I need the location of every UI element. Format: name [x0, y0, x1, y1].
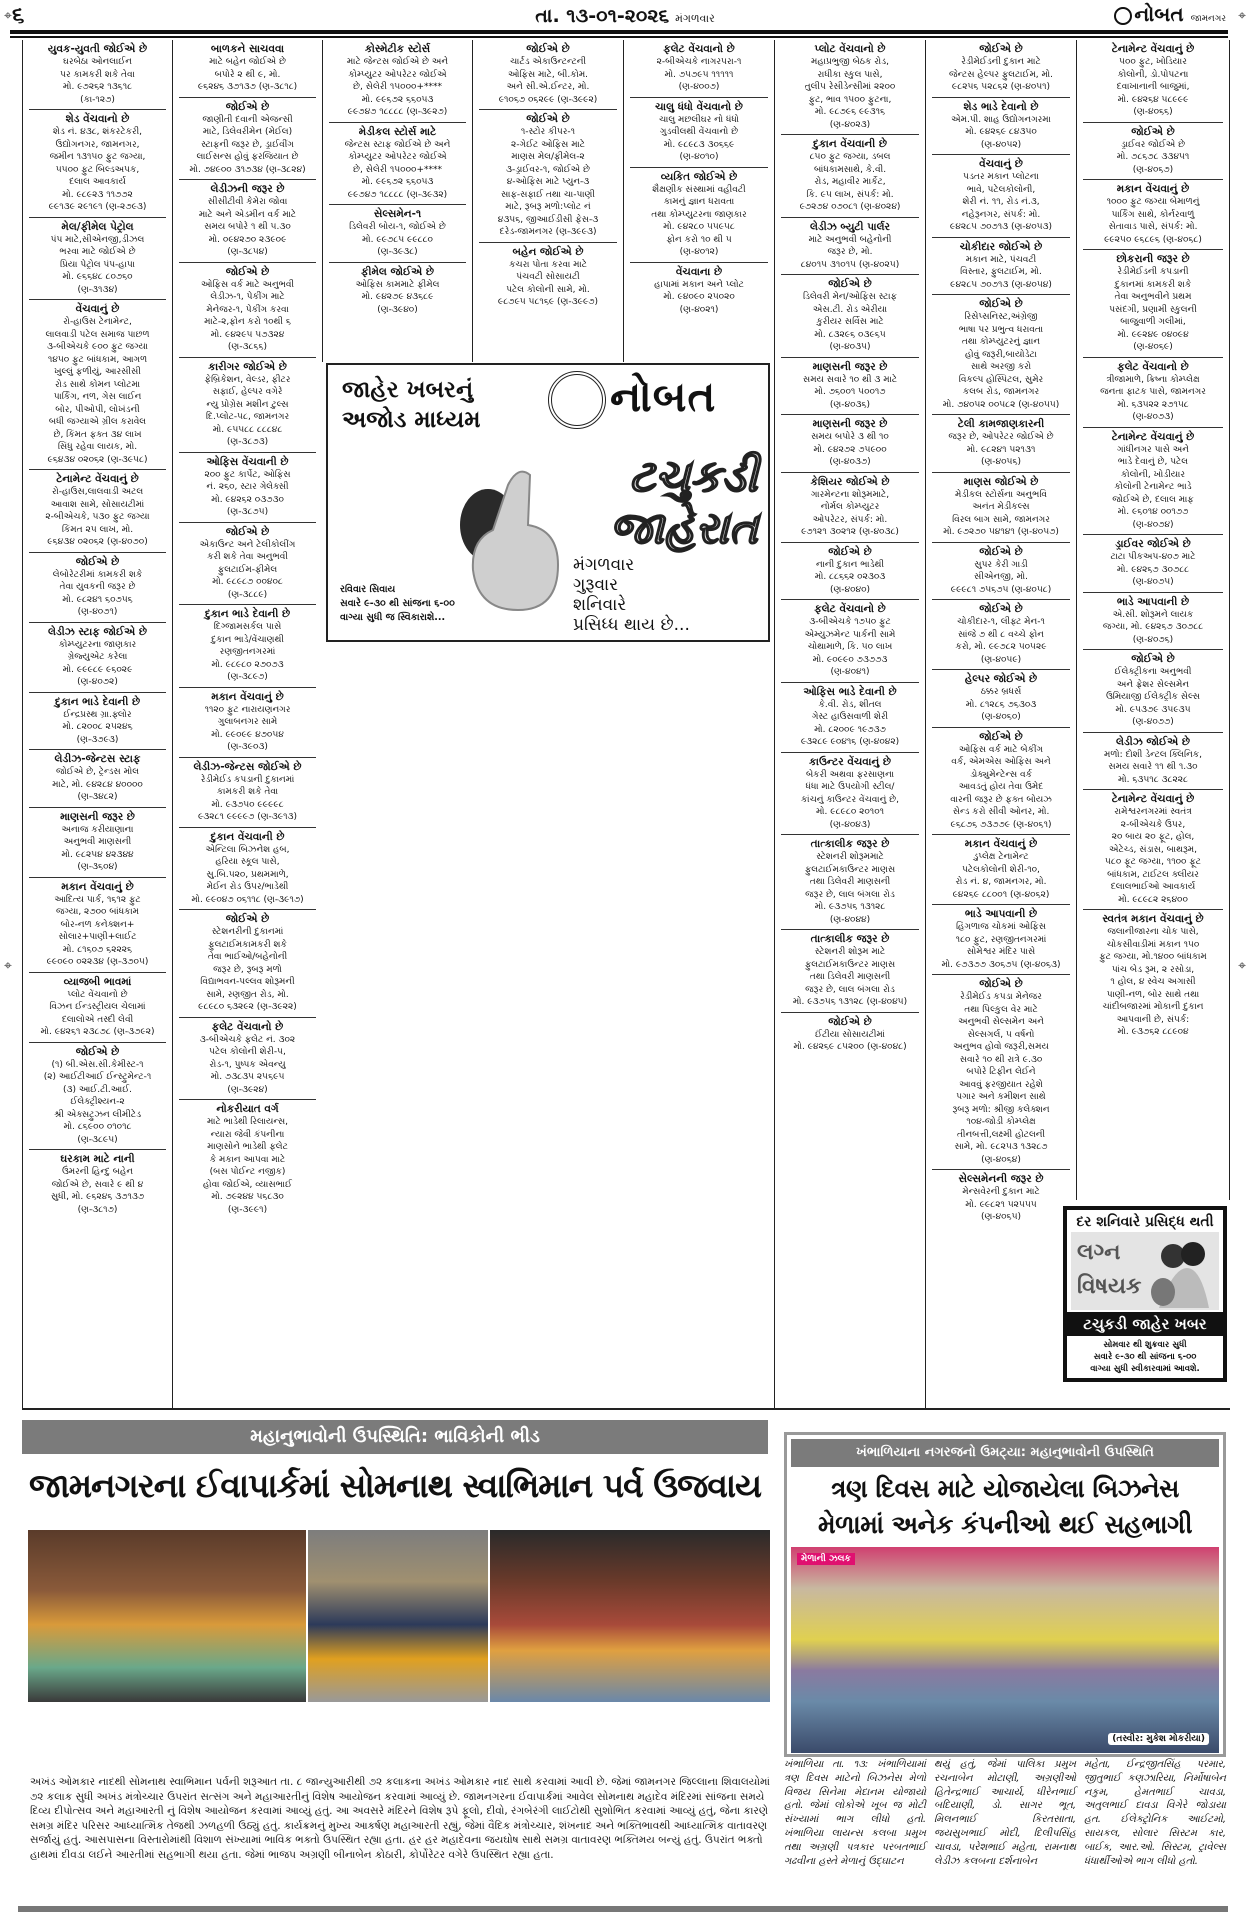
photo-shivling-decorated [308, 1530, 488, 1702]
classified-ad-heading: લેડીઝ-જેન્ટસ સ્ટાફ [29, 752, 166, 766]
registration-mark-icon: ⌖ [1238, 8, 1246, 24]
issue-date: તા. ૧૩-૦૧-૨૦૨૬મંગળવાર [0, 5, 1250, 27]
story-body-columns: ખંભાળિયા તા. ૧૩: ખંભાળિયામાં ત્રણ દિવસ મ… [784, 1758, 1226, 1868]
classified-ad: મકાન વેંચવાનું છેઆદિત્ય પાર્ક, ૧૬૧૨ ફુટ … [29, 878, 166, 973]
classified-ad: ઘરકામ માટે નાનીઉંમરની હિન્દુ બહેન જોઈએ છ… [29, 1150, 166, 1219]
classified-ad: પ્લોટ વેંચવાનો છેમહાપ્રભુજી બેઠક રોડ, રા… [781, 40, 919, 135]
classified-ad-body: રેડીમેઈડ કપડાની દુકાનમાં કામકરી શકે તેવા… [179, 774, 316, 824]
classified-ad-heading: ભાડે આપવાની છે [932, 907, 1070, 921]
classified-ad-body: સુપર કેરી ગાડી સીએનજી, મો. ૯૯૯૮૧ ૭૫૬૭૫ (… [932, 559, 1070, 597]
classified-ad-body: ત્રીજામાળે, ક્રિષ્ના કોમ્પ્લેક્ષ જનતા ફા… [1083, 374, 1223, 424]
classified-ad-body: કચરા પોતા કરવા માટે પંચવટી સોસાયટી પટેલ … [479, 259, 617, 309]
classified-ad: જોઈએ છેઈલેક્ટ્રીકના અનુભવી અને ફ્રેશર સે… [1083, 650, 1223, 733]
matrimonial-box-art: લગ્ન વિષયક [1071, 1232, 1219, 1310]
photo-tag: મેળાની ઝલક [797, 1553, 855, 1565]
classified-ad-body: હાપામાં મકાન અને પ્લોટ મો. ૯૪૦૯૦ ૨૫૦૨૦ (… [630, 279, 768, 317]
classified-ad-body: મકાન માટે, પંચવટી વિસ્તાર, ફુલટાઈમ, મો. … [932, 254, 1070, 292]
classified-ad-body: ડુપ્લેક્ષ ટેનામેન્ટ પટેલકોલોની શેરી-૧૦, … [932, 851, 1070, 901]
classified-ad-body: જેન્ટસ સ્ટાફ જોઈએ છે અને કોમ્પ્યુટર ઓપરે… [329, 139, 466, 202]
classified-ad-heading: ટેનામેન્ટ વેંચવાનું છે [1083, 42, 1223, 56]
classified-ad-heading: જોઈએ છે [781, 277, 919, 291]
classified-ad-heading: જોઈએ છે [1083, 652, 1223, 666]
classified-ad-heading: સેલ્સમેન-૧ [329, 207, 466, 221]
classified-ad-body: આદિત્ય પાર્ક, ૧૬૧૨ ફુટ જગ્યા, ૨૭૦૦ બાંધક… [29, 894, 166, 969]
classified-ad: જોઈએ છેરેડીમેઈડની દુકાન માટે જેન્ટસ હેલ્… [932, 40, 1070, 98]
classified-ad-body: અનાજ કરીયાણાના અનુભવી માણસની મો. ૯૮૨૫૪ ૪… [29, 824, 166, 874]
classified-ad-heading: ફલેટ વેંચવાનો છે [1083, 360, 1223, 374]
classified-ad: જોઈએ છેએકાઉન્ટ અને ટેલીકોલીંગ કરી શકે તે… [179, 523, 316, 606]
classified-ad-heading: જોઈએ છે [479, 112, 617, 126]
classified-ad-body: એમ.પી. શાહ ઉદ્યોગનગરમા મો. ૯૪૨૬૯ ૮૪૩૫૦ (… [932, 114, 1070, 152]
classified-ad: વ્યકિત જોઈએ છેશૈક્ષણીક સંસ્થામાં વહીવટી … [630, 168, 768, 263]
classified-ad-body: મળો: દોશી ડેન્ટલ ક્લિનિક, સમય સવારે ૧૧ થ… [1083, 749, 1223, 787]
classified-ad-body: ૧૦૦૦ ફુટ જગ્યા બેમાળનું પાર્કિંગ સાથે, ક… [1083, 196, 1223, 246]
classified-ad-heading: ઓફિસ વેંચવાની છે [179, 455, 316, 469]
classified-ad-body: શૈક્ષણીક સંસ્થામાં વહીવટી કામનું જ્ઞાન ધ… [630, 184, 768, 259]
classified-ad: તાત્કાલીક જરૂર છેસ્ટેશનરી શોરૂમ માટે ફુલ… [781, 930, 919, 1013]
classified-ad: લેડીઝ સ્ટાફ જોઈએ છેકોમ્પ્યુટરના જાણકાર ગ… [29, 623, 166, 693]
classified-ad-body: લેબોરેટરીમાં કામકરી શકે તેવા યુવકની જરૂર… [29, 569, 166, 619]
classified-ad-heading: વેંચવાનું છે [29, 302, 166, 316]
story-body-column: મહેતા, ઈન્દ્રજીતસિંહ પરમાર, જીતુભાઈ કણઝા… [1084, 1758, 1226, 1868]
classified-ad-heading: કાઉન્ટર વેંચવાનું છે [781, 755, 919, 769]
classified-ad: યુવક-યુવતી જોઈએ છેઘરબેઠા ઓનલાઈન પર કામકર… [29, 40, 166, 110]
classified-ad-body: એ.સી. શોરૂમને લાયક જગ્યા, મો. ૯૪૨૬૭ ૩૦૭૮… [1083, 609, 1223, 647]
classified-ad: દુકાન વેંચવાની છેએન્ટિલા બિઝનેશ હબ, હરિય… [179, 828, 316, 911]
classified-ad-heading: તાત્કાલીક જરૂર છે [781, 932, 919, 946]
date-text: તા. ૧૩-૦૧-૨૦૨૬ [535, 5, 669, 27]
classified-ad-heading: જોઈએ છે [479, 42, 617, 56]
classified-ad-heading: દુકાન વેંચવાની છે [179, 830, 316, 844]
classified-ad-body: રિસેપ્સનિસ્ટ,અંગ્રેજી ભાષા પર પ્રભુત્વ ધ… [932, 311, 1070, 411]
classified-ad-heading: જોઈએ છે [179, 912, 316, 926]
classified-ad-body: જરૂર છે, ઓપરેટર જોઈએ છે મો. ૯૮૨૪૧ ૫૨૧૩૧ … [932, 431, 1070, 469]
classified-ad-heading: વ્યાજબી ભાવમાં [29, 975, 166, 989]
classified-ad-body: ગાંધીનગર પાસે અને ભાડે દેવાનું છે, પટેલ … [1083, 444, 1223, 532]
classified-ad-body: કે.વી. રોડ, શીતલ ગેસ્ટ હાઉસવાળી શેરી મો.… [781, 699, 919, 749]
promo-box-classified-ads: જાહેર ખબરનું અજોડ માધ્યમ નોબત ટચુકડી જાહ… [326, 363, 770, 642]
classified-ad-body: રેડીમેઈડની કપડાની દુકાનમાં કામકરી શકે તે… [1083, 266, 1223, 354]
classified-ad: ડ્રાઈવર જોઈએ છેટાટા પીકઅપ-૪૦૭ માટે મો. ૯… [1083, 535, 1223, 593]
classified-column: જોઈએ છેરેડીમેઈડની દુકાન માટે જેન્ટસ હેલ્… [925, 40, 1076, 1408]
classified-ad-body: ઈન્દ્રપ્રસ્થ ગ્રા.ફ્લોર મો. ૮૨૦૦૮ ૨૫૨૪૬ … [29, 709, 166, 747]
classified-ad-heading: કારીગર જોઈએ છે [179, 360, 316, 374]
classified-ad-heading: ટેનામેન્ટ વેંચવાનું છે [29, 472, 166, 486]
classified-ad-body: ૫૦૦ ફુટ, ખોડિયાર કોલોની, ડો.પોપટના દવાખા… [1083, 56, 1223, 119]
classified-ad-heading: માણસની જરૂર છે [29, 810, 166, 824]
classified-ad-heading: ભાડે આપવાની છે [1083, 595, 1223, 609]
classified-ad: તાત્કાલીક જરૂર છેસ્ટેશનરી શોરૂમમાટે ફુલટ… [781, 835, 919, 930]
classified-ad: માણસ જોઈએ છેમેડીકલ સ્ટોર્સના અનુભવિ અનંત… [932, 473, 1070, 543]
classified-ad-body: જાણીતી દવાની એજન્સી માટે, ડિલેવરીમેન (મે… [179, 114, 316, 177]
classified-ad-body: માટે બહેન જોઈએ છે બપોરે ૨ થી ૯, મો. ૯૬૨૪… [179, 56, 316, 94]
classified-ad-heading: ઓફિસ ભાડે દેવાની છે [781, 685, 919, 699]
classified-ad: ફલેટ વેંચવાનો છે૩-બીએચકે ફલેટ નં. ૩૦૨ પટ… [179, 1018, 316, 1101]
classified-ad: જોઈએ છેઓફિસ વર્ક માટે અનુભવી લેડીઝ-૧, પે… [179, 263, 316, 358]
classified-ad: ફલેટ વેંચવાનો છે૨-બીએચકે નાગરપરા-૧ મો. ૭… [630, 40, 768, 98]
classified-column: ટેનામેન્ટ વેંચવાનું છે૫૦૦ ફુટ, ખોડિયાર ક… [1076, 40, 1230, 1200]
classified-ad-heading: માણસ જોઈએ છે [932, 475, 1070, 489]
classified-ad-body: સમય બપોરે ૩ થી ૧૦ મો. ૯૪૨૭૨ ૭૫૯૦૦ (ણ-૪૦૩… [781, 431, 919, 469]
classified-ad-body: સ્ટેશનરીની દુકાનમાં ફુલટાઈમકામકરી શકે તે… [179, 926, 316, 1014]
brand-city: જામનગર [1191, 14, 1226, 24]
classified-column: બાળકને સાચવવામાટે બહેન જોઈએ છે બપોરે ૨ થ… [172, 40, 322, 1408]
classified-ad-heading: મેલ/ફીમેલ પેટ્રોલ [29, 220, 166, 234]
story-photo-strip [28, 1530, 770, 1702]
classified-ad-heading: જોઈએ છે [179, 100, 316, 114]
classified-ad: માણસની જરૂર છેસમય બપોરે ૩ થી ૧૦ મો. ૯૪૨૭… [781, 415, 919, 473]
classified-ad: જોઈએ છે૧-સ્ટોર કીપર-૧ ૨-ગેઈટ ઓફિસ માટે મ… [479, 110, 617, 243]
classified-ad-heading: જોઈએ છે [932, 602, 1070, 616]
classified-ad-heading: શેડ ભાડે દેવાનો છે [932, 100, 1070, 114]
classified-ad-body: ડિલેવરી બોય-૧, જોઈએ છે મો. ૯૯૭૮૫ ૯૯૮૮૦ (… [329, 221, 466, 259]
classified-ad-body: ઓફિસ વર્ક માટે બેકીંગ વર્ક, એમએસ ઓફિસ અન… [932, 744, 1070, 832]
classified-ad: વેંચવાનું છેરો-હાઉસ ટેનામેન્ટ, લાલવાડી પ… [29, 300, 166, 470]
classified-ad: જોઈએ છેજાણીતી દવાની એજન્સી માટે, ડિલેવરી… [179, 98, 316, 181]
classified-ad: સેલ્સમેનની જરૂર છેમેન્સવેરની દુકાન માટે … [932, 1170, 1070, 1227]
classified-ad: માણસની જરૂર છેઅનાજ કરીયાણાના અનુભવી માણસ… [29, 808, 166, 878]
registration-mark-icon: ⌖ [4, 8, 12, 24]
classified-ad-heading: માણસની જરૂર છે [781, 417, 919, 431]
story-headline: જામનગરના ઈવાપાર્કમાં સોમનાથ સ્વાભિમાન પર… [22, 1462, 768, 1510]
matrimonial-box-hours: સોમવાર થી શુક્રવાર સુધી સવારે ૯-૩૦ થી સા… [1067, 1339, 1223, 1375]
classified-ad-heading: જોઈએ છે [932, 977, 1070, 991]
classified-ad: કેશિયર જોઈએ છેગારમેન્ટના શોરૂમમાટે, નોર્… [781, 473, 919, 543]
classified-ad-body: (૧) બી.એસ.સી.કેમીસ્ટ-૧ (૨) આઈટીઆઈ ઈન્સ્ટ… [29, 1059, 166, 1147]
classified-ad-heading: ટેલી કામજાણકારની [932, 417, 1070, 431]
photo-women-aarti [490, 1530, 770, 1702]
news-story-business-fair: ખંભાળિયાના નગરજનો ઉમટ્યા: મહાનુભાવોની ઉપ… [784, 1432, 1226, 1757]
classified-ad-heading: સ્વતંત્ર મકાન વેંચવાનું છે [1083, 912, 1223, 926]
classified-ad-heading: જોઈએ છે [29, 1045, 166, 1059]
classified-ad-body: માટે ભાડેથી રિલાયન્સ, ન્યારા જેવી કંપનીન… [179, 1116, 316, 1216]
promo-title: ટચુકડી જાહેરાત [568, 451, 758, 555]
classified-ad: કારીગર જોઈએ છેફેબ્રિકેશન, વેલ્ડર, ફીટર સ… [179, 358, 316, 453]
classified-ad: છોકરાની જરૂર છેરેડીમેઈડની કપડાની દુકાનમા… [1083, 250, 1223, 358]
classified-ad-heading: વેંચવાનું છે [932, 157, 1070, 171]
matrimonial-ads-box: દર શનિવારે પ્રસિદ્ધ થતી લગ્ન વિષયક ટચુકડ… [1063, 1206, 1227, 1382]
classified-ad-body: જોઈએ છે, ટ્રેન્ડસ મોલ માટે, મો. ૯૪૨૮૪ ૪૦… [29, 766, 166, 804]
classified-ad-body: ઘરબેઠા ઓનલાઈન પર કામકરી શકે તેવા મો. ૯૭૨… [29, 56, 166, 106]
classified-ad-heading: જોઈએ છે [179, 265, 316, 279]
brand-logo: નોબત જામનગર [1114, 2, 1226, 26]
classified-ad-heading: ચાલુ ધંધો વેંચવાનો છે [630, 100, 768, 114]
registration-mark-icon: ⌖ [1238, 958, 1246, 974]
classified-ad-body: માટે જેન્ટસ જોઈએ છે અને કોમ્પ્યુટર ઓપરેટ… [329, 56, 466, 119]
classified-ad-body: ઓફિસ કામમાટે ફીમેલ મો. ૯૪૨૭૯ ૪૩૬૮૯ (ણ-૩૯… [329, 279, 466, 317]
classified-ad: ભાડે આપવાની છેહિંગળાજ ચોકમાં ઓફિસ ૧૮૦ ફુ… [932, 905, 1070, 975]
classified-ad: જોઈએ છેલેબોરેટરીમાં કામકરી શકે તેવા યુવક… [29, 553, 166, 623]
classified-ad-body: ઈલેક્ટ્રીકના અનુભવી અને ફ્રેશર સેલ્સમેન … [1083, 666, 1223, 729]
classified-ad-heading: લેડીઝ જોઈએ છે [1083, 735, 1223, 749]
classified-column: ફલેટ વેંચવાનો છે૨-બીએચકે નાગરપરા-૧ મો. ૭… [623, 40, 774, 362]
classified-ad-heading: દુકાન ભાડે દેવાની છે [29, 695, 166, 709]
classified-ad: જોઈએ છેચોકીદાર-૧, લીફ્ટ મેન-૧ સાંજે ૭ થી… [932, 600, 1070, 670]
classified-ad-body: હિંગળાજ ચોકમાં ઓફિસ ૧૮૦ ફુટ, રણજીતનગરમાં… [932, 921, 1070, 971]
classified-ad: બાળકને સાચવવામાટે બહેન જોઈએ છે બપોરે ૨ થ… [179, 40, 316, 98]
classified-ad-heading: કોસ્મેટીક સ્ટોર્સ [329, 42, 466, 56]
photo-business-fair: મેળાની ઝલક (તસ્વીર: મુકેશ મોકરીયા) [791, 1547, 1219, 1753]
classified-ad-body: ડિલેવરી મેન/ઓફિસ સ્ટાફ એસ.ટી. રોડ એરીયા … [781, 291, 919, 354]
classified-ad-heading: ફલેટ વેંચવાનો છે [179, 1020, 316, 1034]
classified-ad: ફીમેલ જોઈએ છેઓફિસ કામમાટે ફીમેલ મો. ૯૪૨૭… [329, 263, 466, 320]
classified-ad: દુકાન વેંચવાની છે૮૫૦ ફુટ જગ્યા, ડબલ બાંધ… [781, 135, 919, 218]
classified-ad-heading: ડ્રાઈવર જોઈએ છે [1083, 537, 1223, 551]
classified-ad: લેડીઝ જોઈએ છેમળો: દોશી ડેન્ટલ ક્લિનિક, સ… [1083, 733, 1223, 791]
classified-ad-heading: જોઈએ છે [781, 545, 919, 559]
classified-ad-body: ડ્રાઈવર જોઈએ છે મો. ૭૮૬૭૮ ૩૩૪૫૧ (ણ-૪૦૬૭) [1083, 139, 1223, 177]
classified-ad-body: માટે અનુભવી બહેનોની જરૂર છે, મો. ૮૪૦૧૫ ૩… [781, 234, 919, 272]
classified-ad-heading: જોઈએ છે [932, 297, 1070, 311]
classified-ad-heading: માણસની જરૂર છે [781, 360, 919, 374]
story-body-column: ખંભાળિયા તા. ૧૩: ખંભાળિયામાં ત્રણ દિવસ મ… [784, 1758, 926, 1868]
story-kicker: મહાનુભાવોની ઉપસ્થિતિ: ભાવિકોની ભીડ [22, 1420, 768, 1454]
classified-ad-body: મહાપ્રભુજી બેઠક રોડ, રાધીકા સ્કુલ પાસે, … [781, 56, 919, 131]
classified-ad: જોઈએ છેસુપર કેરી ગાડી સીએનજી, મો. ૯૯૯૮૧ … [932, 543, 1070, 601]
classified-ad-body: પડતર મકાન પ્લોટના ભાવે, પટેલકોલોની, શેરી… [932, 171, 1070, 234]
classified-ad-heading: ઘરકામ માટે નાની [29, 1152, 166, 1166]
classified-ad-body: ચાર્ટડ એકાઉન્ટન્ટની ઓફિસ માટે, બી.કોમ. અ… [479, 56, 617, 106]
registration-mark-icon: ⌖ [4, 958, 12, 974]
classified-ad-body: દિગ્જામસર્કલ પાસે દુકાન ભાડે/વેંચાણથી રણ… [179, 621, 316, 684]
classified-ad-heading: જોઈએ છે [932, 730, 1070, 744]
classified-ad: મકાન વેંચવાનું છેડુપ્લેક્ષ ટેનામેન્ટ પટે… [932, 835, 1070, 905]
matrimonial-box-top: દર શનિવારે પ્રસિદ્ધ થતી [1067, 1214, 1223, 1230]
classified-ad-body: ૮૫૦ ફુટ જગ્યા, ડબલ બાંધકામસાથે, કે.વી. ર… [781, 151, 919, 214]
classified-ad-body: સ્ટેશનરી શોરૂમમાટે ફુલટાઈમકાઉન્ટર માણસ ત… [781, 851, 919, 926]
classified-ad: જોઈએ છેચાર્ટડ એકાઉન્ટન્ટની ઓફિસ માટે, બી… [479, 40, 617, 110]
classified-ad: જોઈએ છેઈંટીયા સોસાયટીમાં મો. ૯૪૨૬૯ ૮૫૨૦૦… [781, 1013, 919, 1057]
story-body-column: થયું હતું, જેમાં પાલિકા પ્રમુખ રચનાબેન મ… [934, 1758, 1076, 1868]
classified-ad-heading: ટેનામેન્ટ વેંચવાનું છે [1083, 430, 1223, 444]
classified-ad-heading: દુકાન ભાડે દેવાની છે [179, 607, 316, 621]
classified-ad-body: રો-હાઉસ ટેનામેન્ટ, લાલવાડી પટેલ સમાજ પાછ… [29, 316, 166, 466]
classified-ad: ટેનામેન્ટ વેંચવાનું છે૫૦૦ ફુટ, ખોડિયાર ક… [1083, 40, 1223, 123]
classified-ad-body: ૧૧૨૦ ફુટ નારાયણનગર ગુલાબનગર સામે મો. ૯૯૦… [179, 704, 316, 754]
promo-logo: નોબત [548, 371, 716, 429]
classified-ad: જોઈએ છેડ્રાઈવર જોઈએ છે મો. ૭૮૬૭૮ ૩૩૪૫૧ (… [1083, 123, 1223, 181]
classified-ad-heading: મકાન વેંચવાનું છે [179, 690, 316, 704]
classified-ad: માણસની જરૂર છેસમય સવારે ૧૦ થી ૩ માટે મો.… [781, 358, 919, 416]
classified-ad: જોઈએ છેડિલેવરી મેન/ઓફિસ સ્ટાફ એસ.ટી. રોડ… [781, 275, 919, 358]
classified-ad-heading: દુકાન વેંચવાની છે [781, 137, 919, 151]
classified-ad: દુકાન ભાડે દેવાની છેઈન્દ્રપ્રસ્થ ગ્રા.ફ્… [29, 693, 166, 751]
classified-ad-body: એકાઉન્ટ અને ટેલીકોલીંગ કરી શકે તેવા અનુભ… [179, 539, 316, 602]
classified-ad-heading: જોઈએ છે [781, 1015, 919, 1029]
classified-ad: કાઉન્ટર વેંચવાનું છેબેકરી અથવા ફરસાણના ધ… [781, 753, 919, 836]
promo-tagline: જાહેર ખબરનું અજોડ માધ્યમ [342, 375, 480, 435]
classified-ad: જોઈએ છે(૧) બી.એસ.સી.કેમીસ્ટ-૧ (૨) આઈટીઆઈ… [29, 1043, 166, 1151]
classified-ad-body: ઠક્કર બ્રધર્સ મો. ૮૧૨૮૬ ૭૬૩૦૩ (ણ-૪૦૬૦) [932, 686, 1070, 724]
classified-ad-heading: મકાન વેંચવાનું છે [1083, 182, 1223, 196]
classified-ad-heading: લેડીઝની જરૂર છે [179, 182, 316, 196]
classified-ad-body: ચાલુ મછલીઘર નો ધંધો ગુડવીલથી વેંચવાનો છે… [630, 114, 768, 164]
classified-ad: જોઈએ છેસ્ટેશનરીની દુકાનમાં ફુલટાઈમકામકરી… [179, 910, 316, 1018]
classified-ad: મકાન વેંચવાનું છે૧૧૨૦ ફુટ નારાયણનગર ગુલા… [179, 688, 316, 758]
classified-ad-heading: જોઈએ છે [932, 545, 1070, 559]
classified-ad-body: ૩-બીએચકે ૧૭૫૦ ફુટ એમ્યુઝમેન્ટ પાર્કની સા… [781, 616, 919, 679]
drummer-emblem-icon [1114, 7, 1132, 25]
classified-ad-heading: જોઈએ છે [179, 525, 316, 539]
classified-ad: સેલ્સમેન-૧ડિલેવરી બોય-૧, જોઈએ છે મો. ૯૯૭… [329, 205, 466, 263]
classified-ad: ટેનામેન્ટ વેંચવાનું છેરો-હાઉસ,લાલવાડી અટ… [29, 470, 166, 553]
header-rule [10, 30, 1228, 34]
classified-ad-body: સ્ટેશનરી શોરૂમ માટે ફુલટાઈમકાઉન્ટર માણસ … [781, 946, 919, 1009]
classified-ad-heading: મકાન વેંચવાનું છે [932, 837, 1070, 851]
classified-ad: ચોકીદાર જોઈએ છેમકાન માટે, પંચવટી વિસ્તાર… [932, 238, 1070, 296]
classified-ad: ફલેટ વેંચવાનો છે૩-બીએચકે ૧૭૫૦ ફુટ એમ્યુઝ… [781, 600, 919, 683]
classified-ad-heading: ફલેટ વેંચવાનો છે [630, 42, 768, 56]
classified-ad-heading: યુવક-યુવતી જોઈએ છે [29, 42, 166, 56]
classified-ad-body: નાની દુકાન ભાડેથી મો. ૮૮૬૬૨ ૦૨૩૦૩ (ણ-૪૦૪… [781, 559, 919, 597]
classified-ad: વેંચવાનું છેપડતર મકાન પ્લોટના ભાવે, પટેલ… [932, 155, 1070, 238]
classified-ad: વ્યાજબી ભાવમાંપ્લોટ વેંચવાનો છે વિઝન ઈન્… [29, 973, 166, 1043]
classified-ad-body: ઓફિસ વર્ક માટે અનુભવી લેડીઝ-૧, પેકીંગ મા… [179, 279, 316, 354]
classified-ad: ઓફિસ વેંચવાની છે૨૦૦ ફુટ કાર્પેટ, ઓફિસ નં… [179, 453, 316, 523]
classified-column: જોઈએ છેચાર્ટડ એકાઉન્ટન્ટની ઓફિસ માટે, બી… [472, 40, 623, 362]
classified-ad-heading: વેંચવાના છે [630, 265, 768, 279]
classified-ad: લેડીઝ-જેન્ટસ જોઈએ છેરેડીમેઈડ કપડાની દુકા… [179, 758, 316, 828]
classified-ad-body: ફેબ્રિકેશન, વેલ્ડર, ફીટર સફાઈ, હેલ્પર વગ… [179, 374, 316, 449]
classifieds-section: યુવક-યુવતી જોઈએ છેઘરબેઠા ઓનલાઈન પર કામકર… [22, 40, 1230, 1410]
classified-ad: ટેલી કામજાણકારનીજરૂર છે, ઓપરેટર જોઈએ છે … [932, 415, 1070, 473]
classified-ad-heading: મકાન વેંચવાનું છે [29, 880, 166, 894]
classified-ad-heading: લેડીઝ સ્ટાફ જોઈએ છે [29, 625, 166, 639]
story-headline: ત્રણ દિવસ માટે યોજાયેલા બિઝનેસ મેળામાં અ… [787, 1471, 1223, 1543]
classified-ad-body: કોમ્પ્યુટરના જાણકાર ગ્રેજ્યુએટ કરેલા મો.… [29, 639, 166, 689]
classified-ad-body: શેડ નં. ૪૩૮, શંકરટેકરી, ઉદ્યોગનગર, જામનગ… [29, 126, 166, 214]
classified-ad-body: સીસીટીવી કેમેરા જોવા માટે અને એડમીન વર્ક… [179, 196, 316, 259]
photo-credit: (તસ્વીર: મુકેશ મોકરીયા) [1108, 1733, 1209, 1745]
classified-ad: જોઈએ છેરિસેપ્સનિસ્ટ,અંગ્રેજી ભાષા પર પ્ર… [932, 295, 1070, 415]
header-rule-thin [10, 36, 1228, 38]
classified-ad: ઓફિસ ભાડે દેવાની છેકે.વી. રોડ, શીતલ ગેસ્… [781, 683, 919, 753]
classified-column: યુવક-યુવતી જોઈએ છેઘરબેઠા ઓનલાઈન પર કામકર… [22, 40, 172, 1408]
classified-ad-heading: વ્યકિત જોઈએ છે [630, 170, 768, 184]
classified-ad-body: ૨-બીએચકે નાગરપરા-૧ મો. ૭૫૭૯૫ ૧૧૧૧૧ (ણ-૪૦… [630, 56, 768, 94]
classified-ad: હેલ્પર જોઈએ છેઠક્કર બ્રધર્સ મો. ૮૧૨૮૬ ૭૬… [932, 670, 1070, 728]
classified-ad-body: મેડીકલ સ્ટોર્સના અનુભવિ અનંત મેડીકલ્સ વિ… [932, 489, 1070, 539]
classified-ad: ટેનામેન્ટ વેંચવાનું છેરામેશ્વરનગરમાં સ્વ… [1083, 790, 1223, 910]
classified-ad-body: મેન્સવેરની દુકાન માટે મો. ૯૯૮૨૧ ૫૨૫૫૫ (ણ… [932, 1186, 1070, 1224]
classified-ad: સ્વતંત્ર મકાન વેંચવાનું છેજલાનીજારના ચોક… [1083, 910, 1223, 1042]
classified-ad-heading: ફીમેલ જોઈએ છે [329, 265, 466, 279]
classified-ad: દુકાન ભાડે દેવાની છેદિગ્જામસર્કલ પાસે દુ… [179, 605, 316, 688]
classified-ad: ભાડે આપવાની છેએ.સી. શોરૂમને લાયક જગ્યા, … [1083, 593, 1223, 651]
thumbs-up-icon [448, 455, 578, 625]
classified-ad-body: સમય સવારે ૧૦ થી ૩ માટે મો. ૭૬૦૦૧ ૫૦૦૧૭ (… [781, 374, 919, 412]
classified-ad-body: ઉંમરની હિન્દુ બહેન જોઈએ છે, સવારે ૯ થી ૪… [29, 1166, 166, 1216]
classified-ad: નોકરીયાત વર્ગમાટે ભાડેથી રિલાયન્સ, ન્યાર… [179, 1100, 316, 1219]
classified-ad: મકાન વેંચવાનું છે૧૦૦૦ ફુટ જગ્યા બેમાળનું… [1083, 180, 1223, 250]
classified-ad-body: ૩-બીએચકે ફલેટ નં. ૩૦૨ પટેલ કોલોની શેરી-૫… [179, 1034, 316, 1097]
classified-ad-heading: લેડીઝ-જેન્ટસ જોઈએ છે [179, 760, 316, 774]
classified-ad-body: રેડીમેઈડ કપડા મેનેજર તથા પિલ્કુલ વેર માટ… [932, 991, 1070, 1166]
classified-ad: વેંચવાના છેહાપામાં મકાન અને પ્લોટ મો. ૯૪… [630, 263, 768, 320]
brand-name: નોબત [1134, 2, 1183, 26]
classified-ad-heading: જોઈએ છે [1083, 125, 1223, 139]
classified-ad-body: ગારમેન્ટના શોરૂમમાટે, નોર્મલ કોમ્પ્યુટર … [781, 489, 919, 539]
masthead: ૬ તા. ૧૩-૦૧-૨૦૨૬મંગળવાર નોબત જામનગર [0, 0, 1250, 34]
classified-ad-heading: ચોકીદાર જોઈએ છે [932, 240, 1070, 254]
weekday: મંગળવાર [675, 12, 715, 25]
classified-ad-heading: જોઈએ છે [29, 555, 166, 569]
classified-ad-heading: લેડીઝ બ્યુટી પાર્લર [781, 220, 919, 234]
promo-days: મંગળવાર ગુરૂવાર શનિવારે પ્રસિધ્ધ થાય છે.… [573, 555, 690, 635]
classified-column: કોસ્મેટીક સ્ટોર્સમાટે જેન્ટસ જોઈએ છે અને… [322, 40, 472, 362]
classified-ad-heading: મેડીકલ સ્ટોર્સ માટે [329, 125, 466, 139]
classified-ad: જોઈએ છેનાની દુકાન ભાડેથી મો. ૮૮૬૬૨ ૦૨૩૦૩… [781, 543, 919, 601]
classified-ad: લેડીઝ-જેન્ટસ સ્ટાફજોઈએ છે, ટ્રેન્ડસ મોલ … [29, 750, 166, 808]
classified-ad-heading: હેલ્પર જોઈએ છે [932, 672, 1070, 686]
classified-ad-body: પંપ માટે,સીએનજી,ડીઝલ ભરવા માટે જોઈએ છે પ… [29, 234, 166, 297]
story-body: અખંડ ઓમકાર નાદથી સોમનાથ સ્વાભિમાન પર્વની… [30, 1775, 770, 1862]
classified-ad-heading: શેડ વેંચવાનો છે [29, 112, 166, 126]
classified-ad: જોઈએ છેઓફિસ વર્ક માટે બેકીંગ વર્ક, એમએસ … [932, 728, 1070, 836]
classified-ad-heading: બાળકને સાચવવા [179, 42, 316, 56]
classified-ad-body: રેડીમેઈડની દુકાન માટે જેન્ટસ હેલ્પર ફુલટ… [932, 56, 1070, 94]
classified-ad-body: બેકરી અથવા ફરસાણના ધંધા માટે ઉપયોગી સ્ટી… [781, 769, 919, 832]
classified-ad-heading: ફલેટ વેંચવાનો છે [781, 602, 919, 616]
classified-ad: ફલેટ વેંચવાનો છેત્રીજામાળે, ક્રિષ્ના કોમ… [1083, 358, 1223, 428]
classified-ad-heading: છોકરાની જરૂર છે [1083, 252, 1223, 266]
classified-ad: મેડીકલ સ્ટોર્સ માટેજેન્ટસ સ્ટાફ જોઈએ છે … [329, 123, 466, 206]
classified-ad-body: ૨૦૦ ફુટ કાર્પેટ, ઓફિસ નં. ૨૬૦, સ્ટાર ગેલ… [179, 469, 316, 519]
classified-ad-body: જલાનીજારના ચોક પાસે, ચોકસીવાડીમાં મકાન ૧… [1083, 926, 1223, 1039]
couple-illustration-icon [1145, 1234, 1215, 1308]
classified-ad-body: ઈંટીયા સોસાયટીમાં મો. ૯૪૨૬૯ ૮૫૨૦૦ (ણ-૪૦૪… [781, 1029, 919, 1054]
story-kicker: ખંભાળિયાના નગરજનો ઉમટ્યા: મહાનુભાવોની ઉપ… [791, 1439, 1219, 1467]
news-story-somnath: મહાનુભાવોની ઉપસ્થિતિ: ભાવિકોની ભીડ જામનગ… [22, 1420, 768, 1510]
classified-ad-body: ટાટા પીકઅપ-૪૦૭ માટે મો. ૯૪૨૬૭ ૩૦૭૮૮ (ણ-૪… [1083, 551, 1223, 589]
classified-ad-body: રામેશ્વરનગરમાં સ્વતંત્ર ૨-બીએચકે ઉપર, ૨૦… [1083, 806, 1223, 906]
matrimonial-box-title: લગ્ન વિષયક [1077, 1236, 1142, 1304]
classified-ad: મેલ/ફીમેલ પેટ્રોલપંપ માટે,સીએનજી,ડીઝલ ભર… [29, 218, 166, 301]
photo-devotees-aarti [28, 1530, 306, 1702]
classified-ad: શેડ વેંચવાનો છેશેડ નં. ૪૩૮, શંકરટેકરી, ઉ… [29, 110, 166, 218]
classified-ad-heading: બહેન જોઈએ છે [479, 245, 617, 259]
classified-ad-heading: જોઈએ છે [932, 42, 1070, 56]
classified-ad-body: રો-હાઉસ,લાલવાડી અટલ આવાશ સામે, સોસાયટીમા… [29, 486, 166, 549]
classified-ad: બહેન જોઈએ છેકચરા પોતા કરવા માટે પંચવટી સ… [479, 243, 617, 312]
classified-ad: શેડ ભાડે દેવાનો છેએમ.પી. શાહ ઉદ્યોગનગરમા… [932, 98, 1070, 156]
classified-ad: લેડીઝની જરૂર છેસીસીટીવી કેમેરા જોવા માટે… [179, 180, 316, 263]
classified-ad-body: ચોકીદાર-૧, લીફ્ટ મેન-૧ સાંજે ૭ થી ૮ વચ્ચ… [932, 616, 1070, 666]
classified-ad-heading: પ્લોટ વેંચવાનો છે [781, 42, 919, 56]
classified-ad: ચાલુ ધંધો વેંચવાનો છેચાલુ મછલીઘર નો ધંધો… [630, 98, 768, 168]
classified-ad: ટેનામેન્ટ વેંચવાનું છેગાંધીનગર પાસે અને … [1083, 428, 1223, 536]
classified-ad: લેડીઝ બ્યુટી પાર્લરમાટે અનુભવી બહેનોની જ… [781, 218, 919, 276]
footer-rule [18, 1906, 1228, 1912]
classified-ad-body: પ્લોટ વેંચવાનો છે વિઝન ઈન્ડસ્ટ્રીયલ ચેલા… [29, 989, 166, 1039]
classified-ad-body: ૧-સ્ટોર કીપર-૧ ૨-ગેઈટ ઓફિસ માટે માણસ મેલ… [479, 126, 617, 239]
classified-ad-heading: તાત્કાલીક જરૂર છે [781, 837, 919, 851]
promo-hours: રવિવાર સિવાય સવારે ૯-૩૦ થી સાંજના ૬-૦૦ વ… [340, 583, 455, 625]
matrimonial-box-band: ટચુકડી જાહેર ખબર [1067, 1312, 1223, 1336]
classified-column: પ્લોટ વેંચવાનો છેમહાપ્રભુજી બેઠક રોડ, રા… [774, 40, 925, 1408]
classified-ad-heading: કેશિયર જોઈએ છે [781, 475, 919, 489]
classified-ad-heading: ટેનામેન્ટ વેંચવાનું છે [1083, 792, 1223, 806]
classified-ad-heading: સેલ્સમેનની જરૂર છે [932, 1172, 1070, 1186]
classified-ad: કોસ્મેટીક સ્ટોર્સમાટે જેન્ટસ જોઈએ છે અને… [329, 40, 466, 123]
classified-ad: જોઈએ છેરેડીમેઈડ કપડા મેનેજર તથા પિલ્કુલ … [932, 975, 1070, 1170]
classified-ad-body: એન્ટિલા બિઝનેશ હબ, હરિયા સ્કૂલ પાસે, સુ.… [179, 844, 316, 907]
drummer-emblem-icon [548, 371, 606, 429]
classified-ad-heading: નોકરીયાત વર્ગ [179, 1102, 316, 1116]
